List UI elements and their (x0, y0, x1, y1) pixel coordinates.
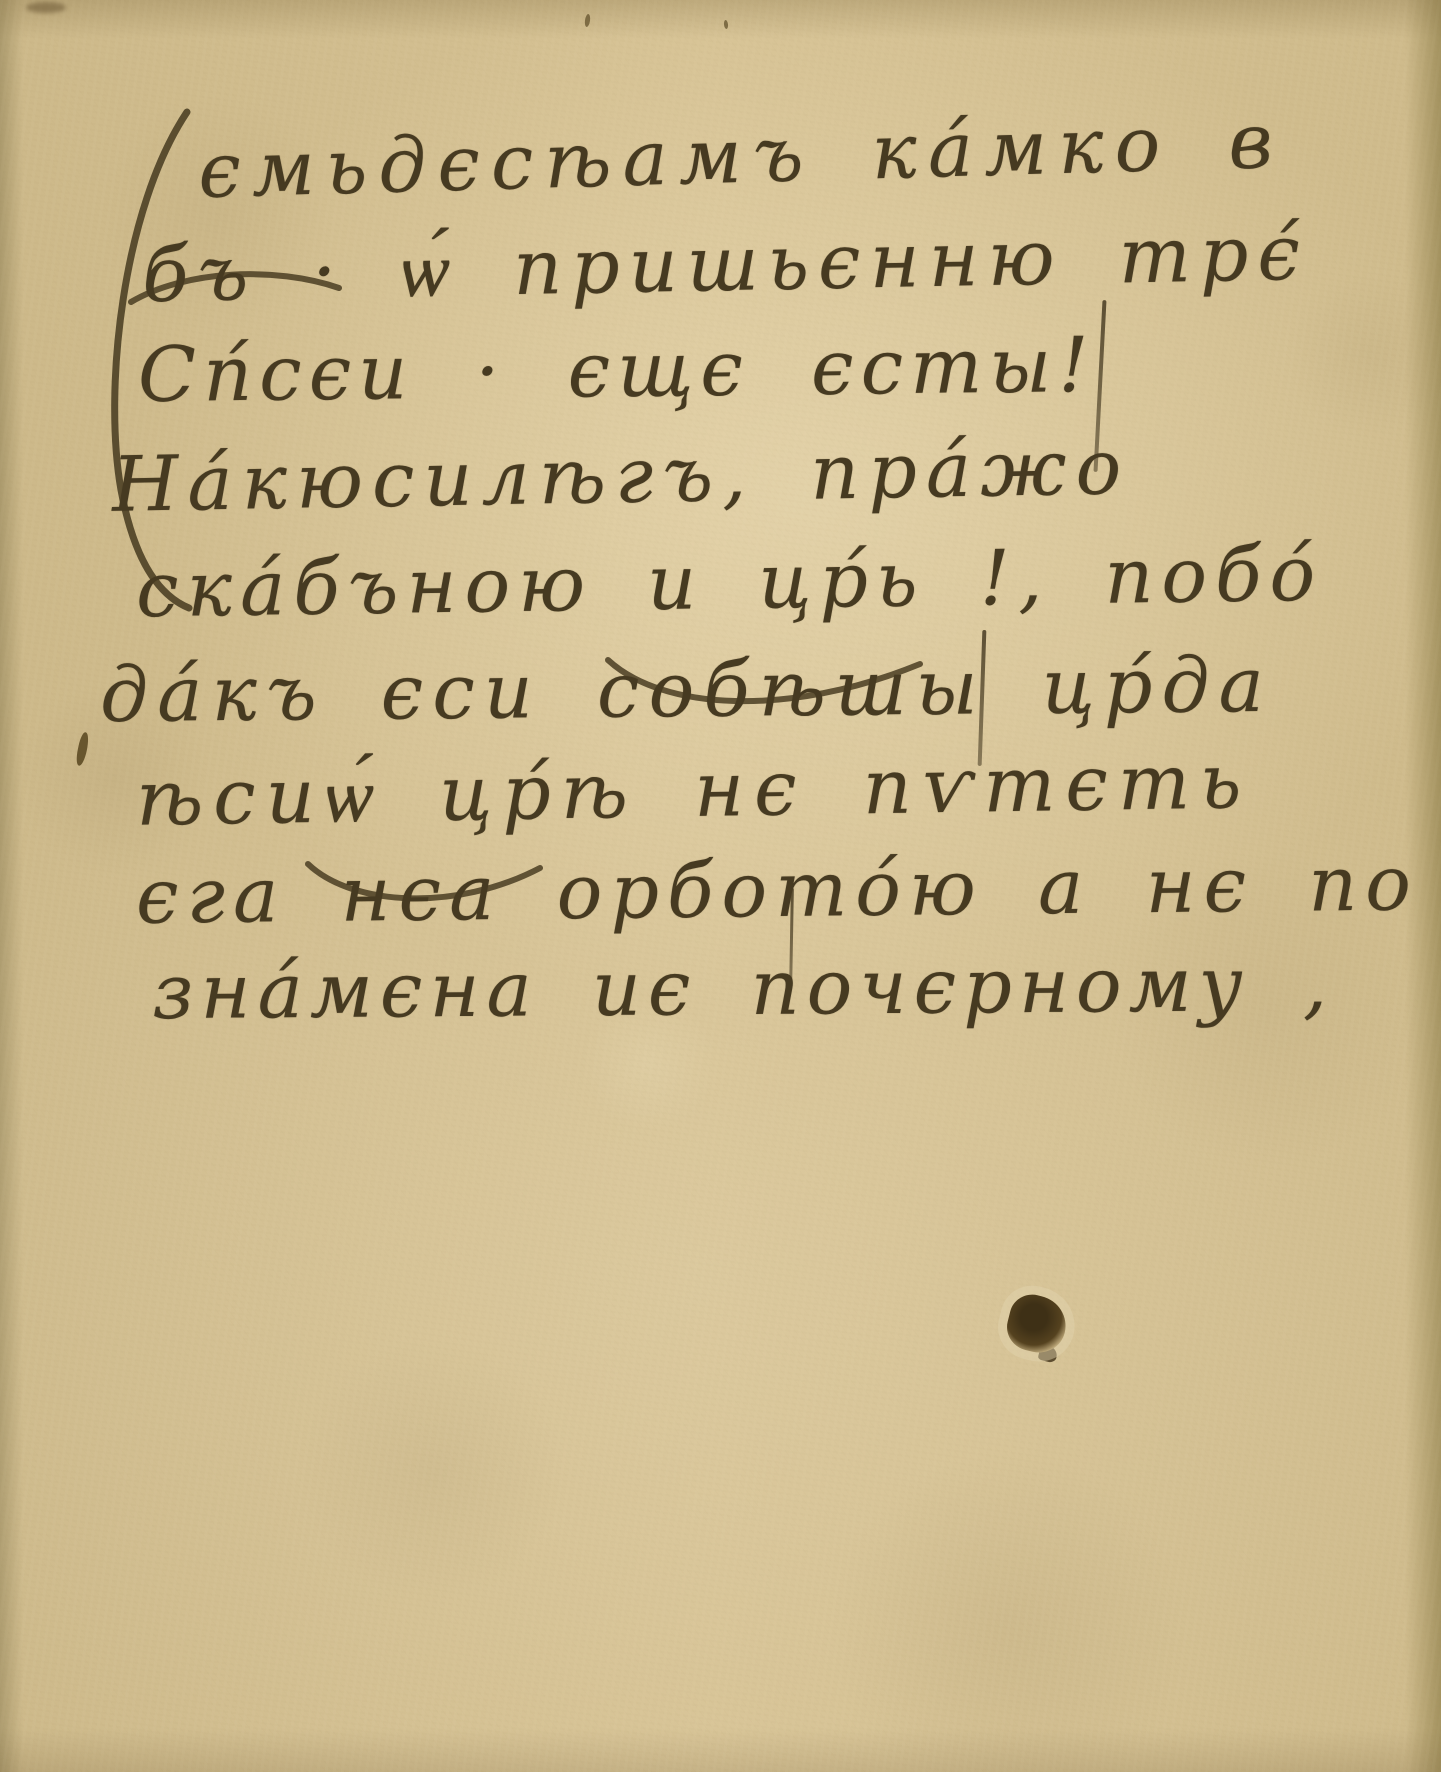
margin-ink-fleck (75, 731, 91, 766)
ink-blot (1002, 1290, 1072, 1358)
manuscript-line-4: На́кюсилѣгъ, пра́жо (111, 429, 1130, 523)
manuscript-line-6: да́къ єси собѣшы цр́да (100, 647, 1274, 733)
manuscript-page: ємьдєсѣамъ ка́мко в бъ · ѡ́ пришьєнню тр… (0, 0, 1441, 1772)
manuscript-line-2: бъ · ѡ́ пришьєнню трє́ (141, 215, 1309, 313)
ink-speck (584, 14, 591, 28)
top-edge-smudge (26, 2, 66, 13)
manuscript-line-7: ѣсиѡ́ цр́ѣ нє пѵтєть (135, 743, 1251, 837)
manuscript-line-1: ємьдєсѣамъ ка́мко в (197, 103, 1284, 209)
manuscript-line-9: зна́мєна иє почєрному , (152, 946, 1335, 1030)
manuscript-line-3: Сп́сєи · єщє єсты! (138, 327, 1096, 413)
ink-speck (724, 20, 729, 29)
manuscript-line-8: єга нєа орбото́ю а нє по (136, 845, 1420, 934)
manuscript-line-5: ска́бъною и цр́ь !, побо́ (136, 536, 1324, 629)
